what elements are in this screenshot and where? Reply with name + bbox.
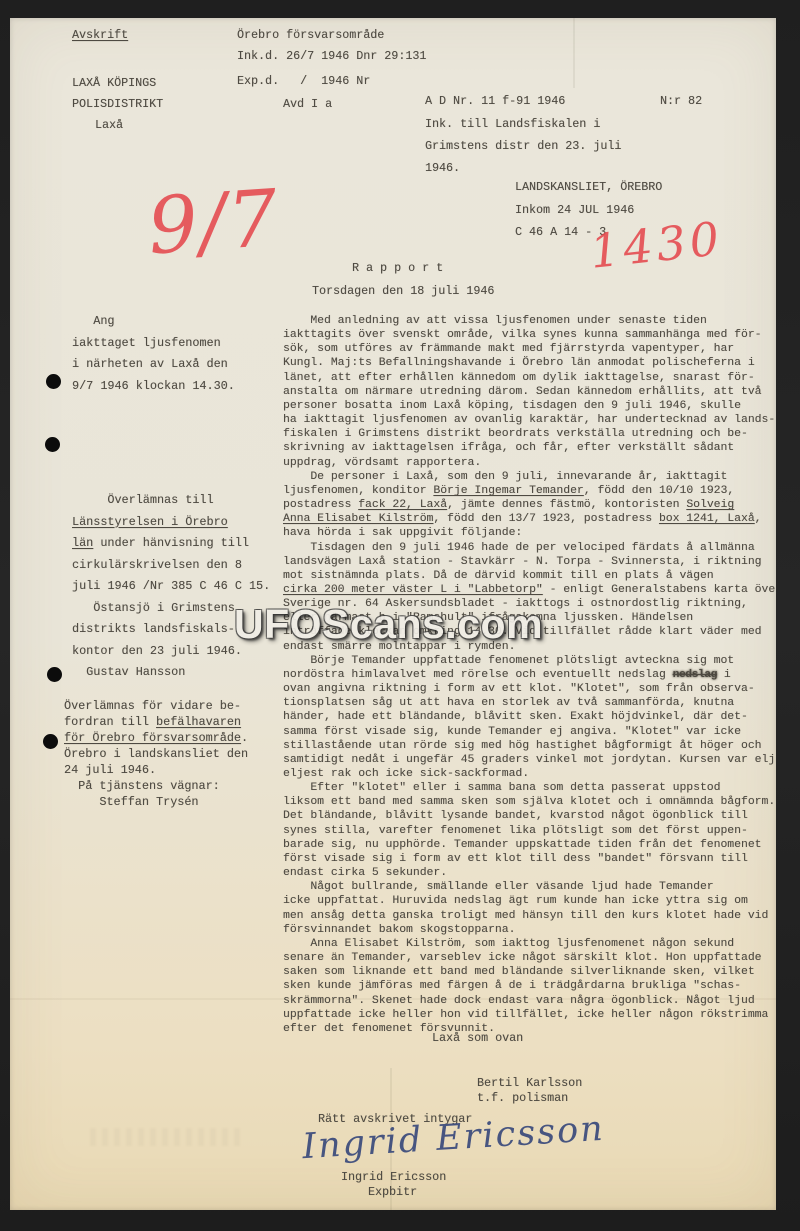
text-segment: Kungl. Maj:ts Befallningshavande i Örebr… bbox=[283, 357, 755, 369]
text-line: skrivning av iakttagelsen ifråga, och få… bbox=[283, 441, 775, 455]
text-line: På tjänstens vägnar: bbox=[64, 778, 248, 794]
text-line: Något bullrande, smällande eller väsande… bbox=[283, 880, 775, 894]
text-line: Kungl. Maj:ts Befallningshavande i Örebr… bbox=[283, 356, 775, 370]
text-segment: samtidigt nedåt i ungefär 45 graders vin… bbox=[283, 754, 775, 766]
registry-ad-number: A D Nr. 11 f-91 1946 bbox=[425, 94, 565, 108]
text-line: i närheten av Laxå den bbox=[72, 354, 235, 376]
text-line: Länsstyrelsen i Örebro bbox=[72, 512, 270, 534]
text-segment: skrivning av iakttagelsen ifråga, och få… bbox=[283, 442, 734, 454]
hole-punch bbox=[47, 667, 62, 682]
text-segment: Tisdagen den 9 juli 1946 hade de per vel… bbox=[283, 542, 755, 554]
paper-crease bbox=[573, 18, 575, 88]
text-segment: Något bullrande, smällande eller väsande… bbox=[283, 881, 714, 893]
text-line: samma först visade sig, kunde Temander e… bbox=[283, 725, 775, 739]
text-line: iakttaget ljusfenomen bbox=[72, 333, 235, 355]
text-line: samtidigt nedåt i ungefär 45 graders vin… bbox=[283, 753, 775, 767]
text-segment: saken som liknande ett band med bländand… bbox=[283, 966, 755, 978]
text-segment: först visade sig i form av ett klot till… bbox=[283, 853, 748, 865]
text-segment: men ansåg detta ganska troligt med hänsy… bbox=[283, 910, 768, 922]
text-segment: Börje Temander uppfattade fenomenet plöt… bbox=[283, 655, 734, 667]
text-line: Tisdagen den 9 juli 1946 hade de per vel… bbox=[283, 541, 775, 555]
text-line: efter det fenomenet försvunnit. bbox=[283, 1022, 775, 1036]
text-segment: samma först visade sig, kunde Temander e… bbox=[283, 726, 741, 738]
text-segment: eljest rak och icke sick-sackformad. bbox=[283, 768, 529, 780]
margin-note-subject: Angiakttaget ljusfenomeni närheten av La… bbox=[72, 311, 235, 397]
text-line: saken som liknande ett band med bländand… bbox=[283, 965, 775, 979]
text-segment: Gustav Hansson bbox=[72, 665, 185, 679]
struck-out-text: nedslag bbox=[673, 669, 717, 681]
text-line: Anna Elisabet Kilström, född den 13/7 19… bbox=[283, 512, 775, 526]
signer-name: Bertil Karlsson bbox=[477, 1076, 582, 1090]
text-line: händer, hade ett bländande, blåvitt sken… bbox=[283, 710, 775, 724]
underlined-text: befälhavaren bbox=[156, 715, 241, 729]
text-line: synes stilla, varefter fenomenet lika pl… bbox=[283, 824, 775, 838]
closing-place: Laxå som ovan bbox=[432, 1031, 523, 1045]
text-line: liksom ett band med samma sken som själv… bbox=[283, 795, 775, 809]
text-line: stillastående utan rörde sig med hög has… bbox=[283, 739, 775, 753]
text-segment: mot sistnämnda plats. Då de därvid kommi… bbox=[283, 570, 714, 582]
text-segment: Steffan Trysén bbox=[64, 795, 199, 809]
text-segment: , född den 13/7 1923, postadress bbox=[433, 513, 659, 525]
text-line: Börje Temander uppfattade fenomenet plöt… bbox=[283, 654, 775, 668]
text-line: De personer i Laxå, som den 9 juli, inne… bbox=[283, 470, 775, 484]
text-segment: Överlämnas för vidare be- bbox=[64, 699, 241, 713]
text-line: Med anledning av att vissa ljusfenomen u… bbox=[283, 314, 775, 328]
text-line: mot sistnämnda plats. Då de därvid kommi… bbox=[283, 569, 775, 583]
text-segment: senare än Temander, varseblev icke något… bbox=[283, 952, 762, 964]
text-line: barade sig, nu upphörde. Temander uppska… bbox=[283, 838, 775, 852]
text-line: personer bosatta inom Laxå köping, tisda… bbox=[283, 399, 775, 413]
text-line: Anna Elisabet Kilström, som iakttog ljus… bbox=[283, 937, 775, 951]
text-segment: fiskalen i Grimstens distrikt beordrats … bbox=[283, 428, 748, 440]
text-line: eljest rak och icke sick-sackformad. bbox=[283, 767, 775, 781]
stamp-office: LANDSKANSLIET, ÖREBRO bbox=[515, 180, 662, 194]
registry-ink-line3: 1946. bbox=[425, 161, 460, 175]
text-line: uppdrag, vördsamt rapportera. bbox=[283, 456, 775, 470]
text-line: icke uppfattat. Huruvida nedslag ägt rum… bbox=[283, 894, 775, 908]
text-segment: skrämmorna". Skenet hade dock endast var… bbox=[283, 995, 755, 1007]
report-date-line: Torsdagen den 18 juli 1946 bbox=[312, 284, 494, 298]
text-line: anstalta om närmare utredning därom. Sed… bbox=[283, 385, 775, 399]
underlined-text: Solveig bbox=[686, 499, 734, 511]
clerk-title: Expbitr bbox=[368, 1185, 417, 1199]
ufoscans-watermark: UFOScans.com bbox=[234, 601, 543, 648]
text-segment: 9/7 1946 klockan 14.30. bbox=[72, 379, 235, 393]
text-line: 24 juli 1946. bbox=[64, 762, 248, 778]
text-segment: , jämte dennes fästmö, kontoristen bbox=[447, 499, 686, 511]
text-line: länet, att efter erhållen kännedom om dy… bbox=[283, 371, 775, 385]
text-segment: På tjänstens vägnar: bbox=[64, 779, 220, 793]
text-line: nordöstra himlavalvet med rörelse och ev… bbox=[283, 668, 775, 682]
paper: Avskrift LAXÅ KÖPINGS POLISDISTRIKT Laxå… bbox=[10, 18, 776, 1210]
text-segment: hava hörda i sak uppgivit följande: bbox=[283, 527, 522, 539]
report-body: Med anledning av att vissa ljusfenomen u… bbox=[283, 314, 775, 1036]
text-line: ovan angivna riktning i form av ett klot… bbox=[283, 682, 775, 696]
text-segment: sök, som utföres av främmande makt med f… bbox=[283, 343, 734, 355]
underlined-text: box 1241, Laxå bbox=[659, 513, 755, 525]
text-segment: icke uppfattat. Huruvida nedslag ägt rum… bbox=[283, 895, 748, 907]
stamp-received-date: Inkom 24 JUL 1946 bbox=[515, 203, 634, 217]
text-line: Överlämnas till bbox=[72, 490, 270, 512]
text-line: ha iakttagit ljusfenomen av ovanlig kara… bbox=[283, 413, 775, 427]
margin-note-forward-county: Överlämnas tillLänsstyrelsen i Örebrolän… bbox=[72, 490, 270, 684]
text-segment: landsvägen Laxå station - Stavkärr - N. … bbox=[283, 556, 762, 568]
text-line: Ang bbox=[72, 311, 235, 333]
text-line: Steffan Trysén bbox=[64, 794, 248, 810]
text-segment: stillastående utan rörde sig med hög has… bbox=[283, 740, 762, 752]
text-line: skrämmorna". Skenet hade dock endast var… bbox=[283, 994, 775, 1008]
text-line: försvinnandet bakom skogstopparna. bbox=[283, 923, 775, 937]
scanned-document-page: Avskrift LAXÅ KÖPINGS POLISDISTRIKT Laxå… bbox=[0, 0, 800, 1231]
text-segment: i närheten av Laxå den bbox=[72, 357, 228, 371]
text-segment: Det bländande, blåvitt lysande bandet, k… bbox=[283, 810, 748, 822]
text-line: Efter "klotet" eller i samma bana som de… bbox=[283, 781, 775, 795]
registry-ink-line2: Grimstens distr den 23. juli bbox=[425, 139, 621, 153]
text-segment: . bbox=[241, 731, 248, 745]
handwritten-date-annotation: 9/7 bbox=[145, 174, 282, 273]
underlined-text: cirka 200 meter väster L i "Labbetorp" bbox=[283, 584, 543, 596]
text-segment: iakttagits över svenskt område, vilka sy… bbox=[283, 329, 762, 341]
text-segment: anstalta om närmare utredning därom. Sed… bbox=[283, 386, 762, 398]
text-line: Det bländande, blåvitt lysande bandet, k… bbox=[283, 809, 775, 823]
text-segment: - enligt Generalstabens karta öve bbox=[543, 584, 775, 596]
received-exp-date: Exp.d. / 1946 Nr bbox=[237, 74, 370, 88]
text-line: endast cirka 5 sekunder. bbox=[283, 866, 775, 880]
text-segment: juli 1946 /Nr 385 C 46 C 15. bbox=[72, 579, 270, 593]
text-segment: uppfattade icke heller hon vid tillfälle… bbox=[283, 1009, 768, 1021]
text-line: först visade sig i form av ett klot till… bbox=[283, 852, 775, 866]
text-segment: Överlämnas till bbox=[72, 493, 214, 507]
text-line: för Örebro försvarsområde. bbox=[64, 730, 248, 746]
faint-pencil-marks bbox=[90, 1128, 240, 1146]
text-segment: iakttaget ljusfenomen bbox=[72, 336, 221, 350]
clerk-name: Ingrid Ericsson bbox=[341, 1170, 446, 1184]
text-segment: sken kunde jämföras med färgen å de i tr… bbox=[283, 980, 741, 992]
text-segment: kontor den 23 juli 1946. bbox=[72, 644, 242, 658]
text-line: landsvägen Laxå station - Stavkärr - N. … bbox=[283, 555, 775, 569]
text-segment: personer bosatta inom Laxå köping, tisda… bbox=[283, 400, 741, 412]
hole-punch bbox=[43, 734, 58, 749]
text-segment: Med anledning av att vissa ljusfenomen u… bbox=[283, 315, 707, 327]
text-segment: distrikts landsfiskals- bbox=[72, 622, 235, 636]
text-line: iakttagits över svenskt område, vilka sy… bbox=[283, 328, 775, 342]
text-line: fordran till befälhavaren bbox=[64, 714, 248, 730]
underlined-text: Anna Elisabet Kilström bbox=[283, 513, 433, 525]
received-org: Örebro försvarsområde bbox=[237, 28, 384, 42]
org-place: Laxå bbox=[95, 118, 123, 132]
handwritten-number-annotation: 1430 bbox=[588, 211, 726, 279]
copy-label: Avskrift bbox=[72, 28, 128, 42]
registry-ink-line1: Ink. till Landsfiskalen i bbox=[425, 117, 600, 131]
text-segment: ljusfenomen, konditor bbox=[283, 485, 433, 497]
text-line: cirkulärskrivelsen den 8 bbox=[72, 555, 270, 577]
text-segment: , bbox=[755, 513, 762, 525]
text-segment: De personer i Laxå, som den 9 juli, inne… bbox=[283, 471, 727, 483]
text-line: hava hörda i sak uppgivit följande: bbox=[283, 526, 775, 540]
text-line: tionsplatsen såg ut att hava en storlek … bbox=[283, 696, 775, 710]
received-dept: Avd I a bbox=[283, 97, 332, 111]
org-name-line2: POLISDISTRIKT bbox=[72, 97, 163, 111]
text-segment: Anna Elisabet Kilström, som iakttog ljus… bbox=[283, 938, 734, 950]
hole-punch bbox=[46, 374, 61, 389]
received-ink-date: Ink.d. 26/7 1946 Dnr 29:131 bbox=[237, 49, 426, 63]
text-line: men ansåg detta ganska troligt med hänsy… bbox=[283, 909, 775, 923]
underlined-text: Länsstyrelsen i Örebro bbox=[72, 515, 228, 529]
text-line: senare än Temander, varseblev icke något… bbox=[283, 951, 775, 965]
text-segment: Ang bbox=[72, 314, 114, 328]
underlined-text: län bbox=[72, 536, 93, 550]
text-line: sken kunde jämföras med färgen å de i tr… bbox=[283, 979, 775, 993]
underlined-text: för Örebro försvarsområde bbox=[64, 731, 241, 745]
text-line: sök, som utföres av främmande makt med f… bbox=[283, 342, 775, 356]
text-segment: händer, hade ett bländande, blåvitt sken… bbox=[283, 711, 748, 723]
text-segment: Efter "klotet" eller i samma bana som de… bbox=[283, 782, 720, 794]
text-line: Örebro i landskansliet den bbox=[64, 746, 248, 762]
text-segment: postadress bbox=[283, 499, 358, 511]
report-title: R a p p o r t bbox=[352, 261, 443, 275]
text-segment: nordöstra himlavalvet med rörelse och ev… bbox=[283, 669, 673, 681]
org-name-line1: LAXÅ KÖPINGS bbox=[72, 76, 156, 90]
margin-note-forward-defence: Överlämnas för vidare be-fordran till be… bbox=[64, 698, 248, 810]
text-segment: försvinnandet bakom skogstopparna. bbox=[283, 924, 515, 936]
text-segment: endast cirka 5 sekunder. bbox=[283, 867, 447, 879]
text-segment: uppdrag, vördsamt rapportera. bbox=[283, 457, 481, 469]
text-line: ljusfenomen, konditor Börje Ingemar Tema… bbox=[283, 484, 775, 498]
text-segment: fordran till bbox=[64, 715, 156, 729]
text-line: 9/7 1946 klockan 14.30. bbox=[72, 376, 235, 398]
text-segment: tionsplatsen såg ut att hava en storlek … bbox=[283, 697, 734, 709]
text-segment: Örebro i landskansliet den bbox=[64, 747, 248, 761]
text-line: juli 1946 /Nr 385 C 46 C 15. bbox=[72, 576, 270, 598]
text-segment: cirkulärskrivelsen den 8 bbox=[72, 558, 242, 572]
text-segment: länet, att efter erhållen kännedom om dy… bbox=[283, 372, 755, 384]
text-line: län under hänvisning till bbox=[72, 533, 270, 555]
registry-number: N:r 82 bbox=[660, 94, 702, 108]
text-segment: ovan angivna riktning i form av ett klot… bbox=[283, 683, 755, 695]
underlined-text: fack 22, Laxå bbox=[358, 499, 447, 511]
hole-punch bbox=[45, 437, 60, 452]
text-segment: Östansjö i Grimstens bbox=[72, 601, 235, 615]
text-segment: ha iakttagit ljusfenomen av ovanlig kara… bbox=[283, 414, 775, 426]
text-segment: i bbox=[717, 669, 731, 681]
text-line: fiskalen i Grimstens distrikt beordrats … bbox=[283, 427, 775, 441]
text-segment: liksom ett band med samma sken som själv… bbox=[283, 796, 775, 808]
text-segment: synes stilla, varefter fenomenet lika pl… bbox=[283, 825, 748, 837]
text-line: Gustav Hansson bbox=[72, 662, 270, 684]
underlined-text: Börje Ingemar Temander bbox=[433, 485, 583, 497]
text-segment: barade sig, nu upphörde. Temander uppska… bbox=[283, 839, 762, 851]
text-line: cirka 200 meter väster L i "Labbetorp" -… bbox=[283, 583, 775, 597]
text-line: postadress fack 22, Laxå, jämte dennes f… bbox=[283, 498, 775, 512]
text-line: uppfattade icke heller hon vid tillfälle… bbox=[283, 1008, 775, 1022]
text-segment: , född den 10/10 1923, bbox=[584, 485, 734, 497]
text-line: Överlämnas för vidare be- bbox=[64, 698, 248, 714]
signer-title: t.f. polisman bbox=[477, 1091, 568, 1105]
text-segment: 24 juli 1946. bbox=[64, 763, 156, 777]
text-segment: under hänvisning till bbox=[93, 536, 249, 550]
